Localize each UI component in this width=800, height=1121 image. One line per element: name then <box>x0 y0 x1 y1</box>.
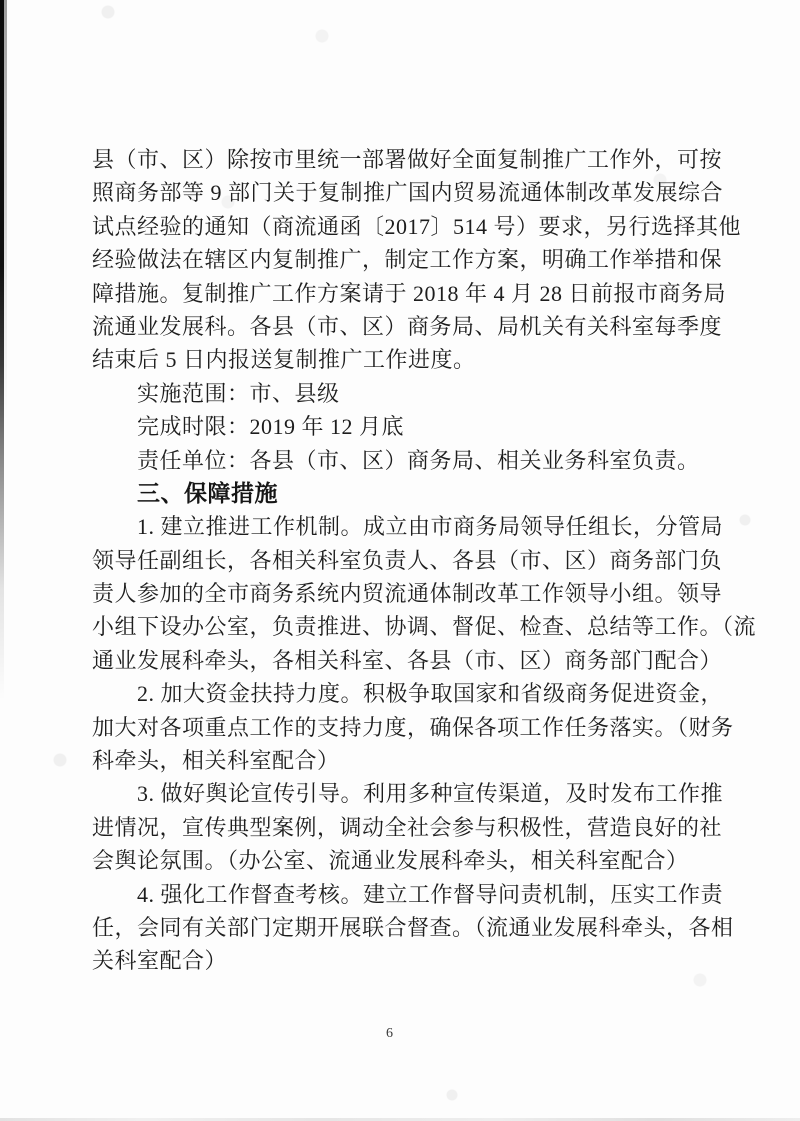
text-line: 结束后 5 日内报送复制推广工作进度。 <box>92 343 712 376</box>
document-body: 县（市、区）除按市里统一部署做好全面复制推广工作外，可按照商务部等 9 部门关于… <box>92 143 712 978</box>
text-line: 1. 建立推进工作机制。成立由市商务局领导任组长，分管局 <box>92 510 712 543</box>
text-line: 2. 加大资金扶持力度。积极争取国家和省级商务促进资金， <box>92 677 712 710</box>
text-line: 障措施。复制推广工作方案请于 2018 年 4 月 28 日前报市商务局 <box>92 277 712 310</box>
text-line: 县（市、区）除按市里统一部署做好全面复制推广工作外，可按 <box>92 143 712 176</box>
text-line: 进情况，宣传典型案例，调动全社会参与积极性，营造良好的社 <box>92 811 712 844</box>
scanner-edge-artifact-left-secondary <box>4 0 7 420</box>
text-line: 责任单位：各县（市、区）商务局、相关业务科室负责。 <box>92 444 712 477</box>
text-line: 领导任副组长，各相关科室负责人、各县（市、区）商务部门负 <box>92 544 712 577</box>
text-line: 三、保障措施 <box>92 477 712 510</box>
text-line: 3. 做好舆论宣传引导。利用多种宣传渠道，及时发布工作推 <box>92 777 712 810</box>
text-line: 责人参加的全市商务系统内贸流通体制改革工作领导小组。领导 <box>92 577 712 610</box>
text-line: 实施范围：市、县级 <box>92 377 712 410</box>
text-line: 小组下设办公室，负责推进、协调、督促、检查、总结等工作。（流 <box>92 610 712 643</box>
text-line: 科牵头，相关科室配合） <box>92 744 712 777</box>
text-line: 4. 强化工作督查考核。建立工作督导问责机制，压实工作责 <box>92 878 712 911</box>
text-line: 任，会同有关部门定期开展联合督查。（流通业发展科牵头，各相 <box>92 911 712 944</box>
text-line: 完成时限：2019 年 12 月底 <box>92 410 712 443</box>
text-line: 加大对各项重点工作的支持力度，确保各项工作任务落实。（财务 <box>92 711 712 744</box>
text-line: 经验做法在辖区内复制推广，制定工作方案，明确工作举措和保 <box>92 243 712 276</box>
text-line: 关科室配合） <box>92 944 712 977</box>
text-line: 会舆论氛围。（办公室、流通业发展科牵头，相关科室配合） <box>92 844 712 877</box>
text-line: 试点经验的通知（商流通函〔2017〕514 号）要求，另行选择其他 <box>92 210 712 243</box>
page-number: 6 <box>386 1026 393 1042</box>
text-line: 照商务部等 9 部门关于复制推广国内贸易流通体制改革发展综合 <box>92 176 712 209</box>
text-line: 通业发展科牵头，各相关科室、各县（市、区）商务部门配合） <box>92 644 712 677</box>
scanned-document-page: 县（市、区）除按市里统一部署做好全面复制推广工作外，可按照商务部等 9 部门关于… <box>0 0 800 1121</box>
text-line: 流通业发展科。各县（市、区）商务局、局机关有关科室每季度 <box>92 310 712 343</box>
